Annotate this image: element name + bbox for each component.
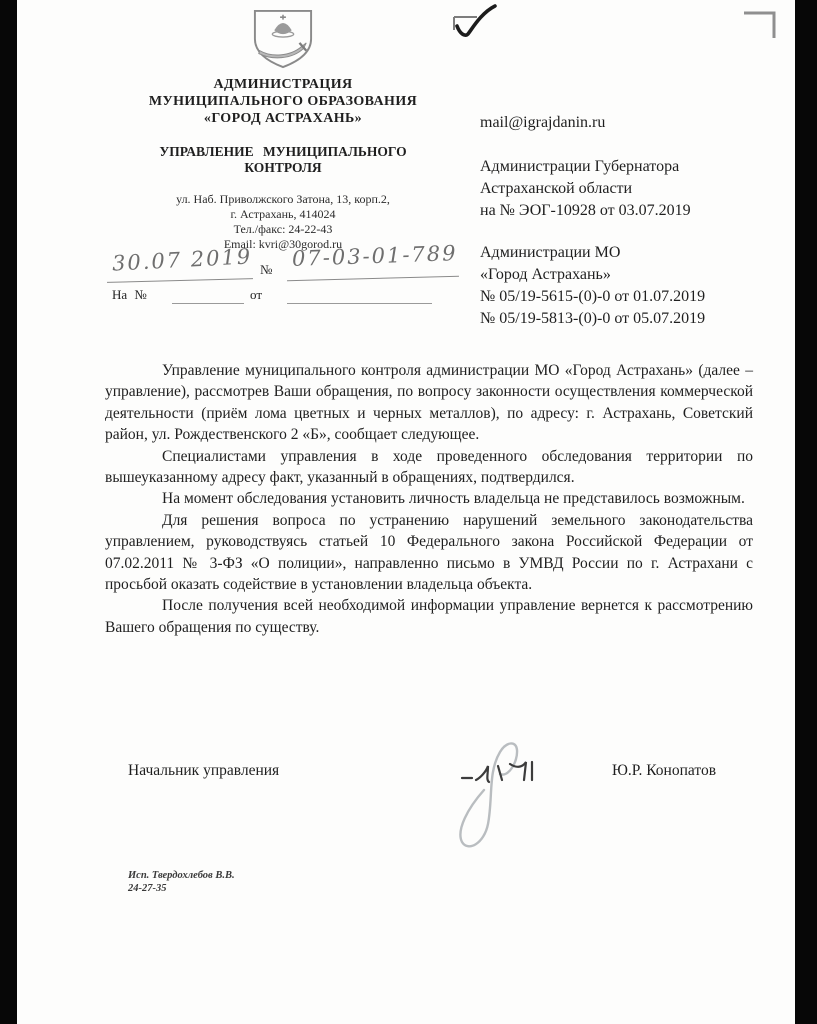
incoming-ref-label: На №: [112, 287, 147, 303]
spacer: [480, 222, 770, 242]
body-paragraph: Для решения вопроса по устранению наруше…: [105, 510, 753, 596]
dept-line: КОНТРОЛЯ: [118, 160, 448, 176]
recipient-line: на № ЭОГ-10928 от 03.07.2019: [480, 200, 770, 222]
recipients-block: mail@igrajdanin.ru Администрации Губерна…: [480, 112, 770, 330]
executor-phone: 24-27-35: [128, 882, 235, 895]
body-paragraph: После получения всей необходимой информа…: [105, 595, 753, 638]
org-line: «ГОРОД АСТРАХАНЬ»: [118, 110, 448, 127]
recipient-group-administration: Администрации МО «Город Астрахань» № 05/…: [480, 242, 770, 330]
spacer: [480, 134, 770, 156]
recipient-line: Астраханской области: [480, 178, 770, 200]
date-underline: [107, 278, 253, 283]
letterhead: АДМИНИСТРАЦИЯ МУНИЦИПАЛЬНОГО ОБРАЗОВАНИЯ…: [118, 8, 448, 252]
recipient-line: № 05/19-5615-(0)-0 от 01.07.2019: [480, 286, 770, 308]
signer-name: Ю.Р. Конопатов: [612, 762, 716, 780]
address-line: ул. Наб. Приволжского Затона, 13, корп.2…: [118, 192, 448, 207]
executor-block: Исп. Твердохлебов В.В. 24-27-35: [128, 869, 235, 895]
coat-of-arms-icon: [243, 8, 323, 70]
signer-title: Начальник управления: [128, 762, 279, 780]
body-paragraph: На момент обследования установить личнос…: [105, 488, 753, 509]
body-paragraph: Управление муниципального контроля админ…: [105, 360, 753, 446]
crop-corner-mark-icon: [742, 10, 778, 40]
department-name: УПРАВЛЕНИЕ МУНИЦИПАЛЬНОГО КОНТРОЛЯ: [118, 144, 448, 176]
incoming-date-label: от: [250, 287, 262, 303]
incoming-date-blank: [287, 303, 432, 304]
address-line: Тел./факс: 24-22-43: [118, 222, 448, 237]
scanned-letter-page: АДМИНИСТРАЦИЯ МУНИЦИПАЛЬНОГО ОБРАЗОВАНИЯ…: [0, 0, 817, 1024]
incoming-number-blank: [172, 303, 244, 304]
scan-black-border-right: [795, 0, 817, 1024]
organization-name: АДМИНИСТРАЦИЯ МУНИЦИПАЛЬНОГО ОБРАЗОВАНИЯ…: [118, 76, 448, 127]
recipient-line: Администрации Губернатора: [480, 156, 770, 178]
handwritten-outgoing-number: 07-03-01-789: [292, 241, 458, 271]
body-paragraph: Специалистами управления в ходе проведен…: [105, 446, 753, 489]
scan-black-border-left: [0, 0, 17, 1024]
number-underline: [287, 276, 459, 282]
number-symbol: №: [260, 262, 272, 278]
executor-name: Исп. Твердохлебов В.В.: [128, 869, 235, 882]
dept-line: УПРАВЛЕНИЕ МУНИЦИПАЛЬНОГО: [118, 144, 448, 160]
recipient-group-governor: Администрации Губернатора Астраханской о…: [480, 156, 770, 222]
letter-body: Управление муниципального контроля админ…: [105, 360, 753, 638]
recipient-line: «Город Астрахань»: [480, 264, 770, 286]
org-line: МУНИЦИПАЛЬНОГО ОБРАЗОВАНИЯ: [118, 93, 448, 110]
org-line: АДМИНИСТРАЦИЯ: [118, 76, 448, 93]
handwritten-checkmark-icon: [448, 4, 500, 44]
signature-icon: [438, 728, 556, 858]
address-line: г. Астрахань, 414024: [118, 207, 448, 222]
recipient-line: № 05/19-5813-(0)-0 от 05.07.2019: [480, 308, 770, 330]
recipient-line: Администрации МО: [480, 242, 770, 264]
recipient-email: mail@igrajdanin.ru: [480, 112, 770, 134]
